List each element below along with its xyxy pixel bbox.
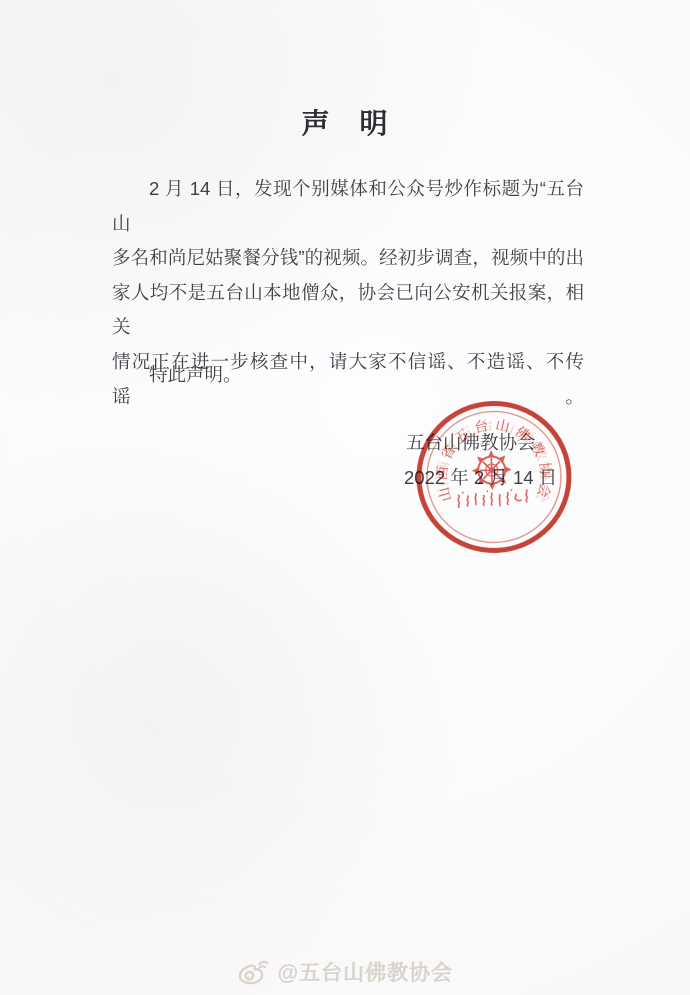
- official-seal-stamp: 山西省五台山佛教协会 山西省五台山佛教协会: [411, 397, 576, 559]
- body-line: 2 月 14 日，发现个别媒体和公众号炒作标题为“五台山: [112, 172, 584, 241]
- closing-line: 特此声明。: [112, 358, 584, 393]
- statement-paper: 声 明 2 月 14 日，发现个别媒体和公众号炒作标题为“五台山 多名和尚尼姑聚…: [0, 0, 690, 995]
- watermark-handle: @五台山佛教协会: [278, 957, 453, 987]
- weibo-icon: [237, 958, 270, 986]
- body-line: 多名和尚尼姑聚餐分钱”的视频。经初步调查，视频中的出: [112, 241, 584, 276]
- seal-mongolian-script: [458, 488, 528, 507]
- weibo-watermark: @五台山佛教协会: [0, 957, 690, 987]
- dharma-wheel-icon: [471, 449, 512, 490]
- statement-title: 声 明: [0, 102, 690, 142]
- body-line: 家人均不是五台山本地僧众，协会已向公安机关报案，相关: [112, 276, 584, 345]
